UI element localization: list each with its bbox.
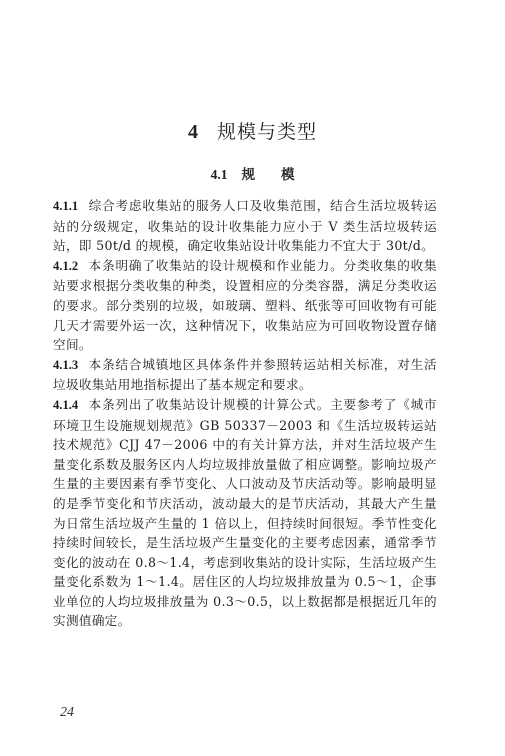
clause-paragraph: 4.1.3本条结合城镇地区具体条件并参照转运站相关标准，对生活垃圾收集站用地指标… [53, 355, 437, 395]
document-page: 4规模与类型 4.1规模 4.1.1综合考虑收集站的服务人口及收集范围，结合生活… [0, 0, 505, 756]
clause-text: 本条列出了收集站设计规模的计算公式。主要参考了《城市环境卫生设施规划规范》GB … [53, 397, 437, 629]
clause-number: 4.1.2 [53, 259, 78, 273]
clause-number: 4.1.3 [53, 358, 78, 372]
section-title-part2: 模 [281, 167, 295, 183]
clause-text: 本条明确了收集站的设计规模和作业能力。分类收集的收集站要求根据分类收集的种类，设… [53, 258, 437, 352]
page-number: 24 [60, 705, 74, 721]
section-title: 4.1规模 [0, 163, 505, 183]
clause-paragraph: 4.1.1综合考虑收集站的服务人口及收集范围，结合生活垃圾转运站的分级规定，收集… [53, 196, 437, 256]
body-text: 4.1.1综合考虑收集站的服务人口及收集范围，结合生活垃圾转运站的分级规定，收集… [53, 196, 437, 631]
chapter-title: 4规模与类型 [0, 117, 505, 144]
section-title-part1: 规 [241, 167, 255, 183]
section-number: 4.1 [211, 167, 228, 182]
chapter-number: 4 [188, 121, 199, 143]
chapter-title-text: 规模与类型 [217, 121, 317, 143]
clause-text: 本条结合城镇地区具体条件并参照转运站相关标准，对生活垃圾收集站用地指标提出了基本… [53, 357, 437, 393]
clause-paragraph: 4.1.4本条列出了收集站设计规模的计算公式。主要参考了《城市环境卫生设施规划规… [53, 395, 437, 631]
clause-text: 综合考虑收集站的服务人口及收集范围，结合生活垃圾转运站的分级规定，收集站的设计收… [53, 198, 437, 253]
clause-number: 4.1.4 [53, 398, 78, 412]
clause-paragraph: 4.1.2本条明确了收集站的设计规模和作业能力。分类收集的收集站要求根据分类收集… [53, 256, 437, 355]
clause-number: 4.1.1 [53, 199, 78, 213]
